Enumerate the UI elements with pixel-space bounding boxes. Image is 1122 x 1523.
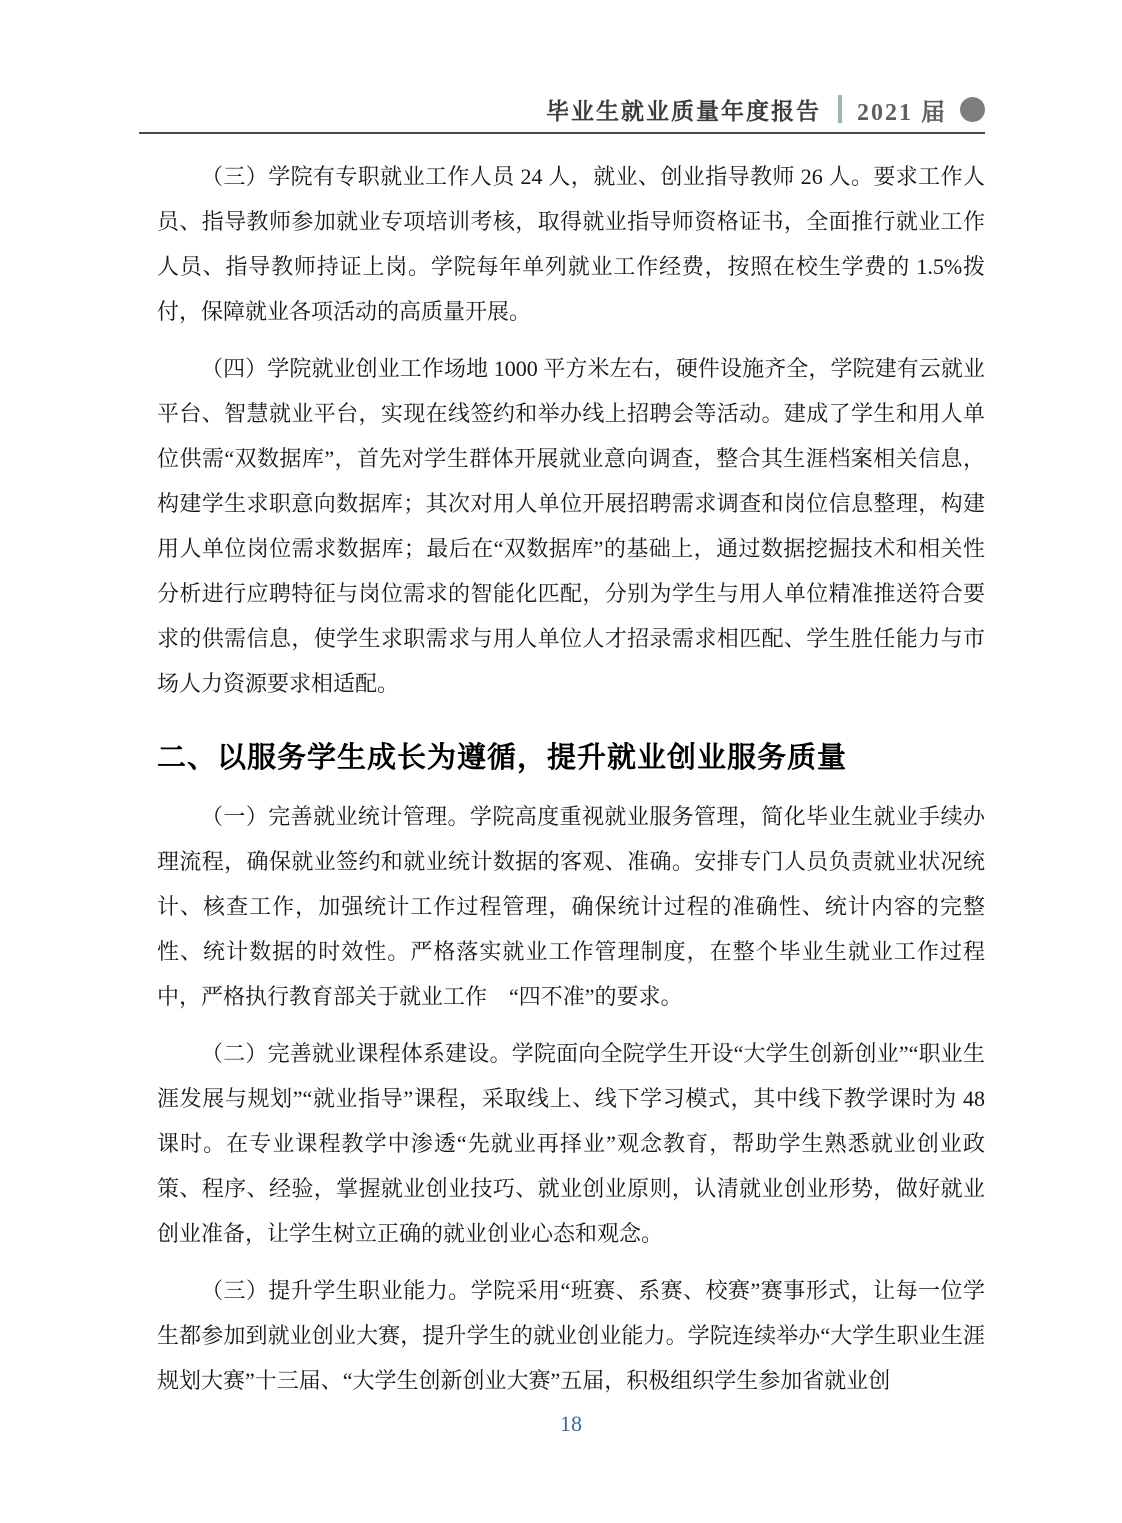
section-heading: 二、以服务学生成长为遵循，提升就业创业服务质量 [157, 736, 985, 780]
page-footer: 18 [157, 1411, 985, 1437]
header-title: 毕业生就业质量年度报告 [546, 93, 821, 126]
header-divider-bar [838, 95, 842, 123]
paragraph-item-2-1: （一）完善就业统计管理。学院高度重视就业服务管理，简化毕业生就业手续办理流程，确… [157, 794, 985, 1019]
page-header: 毕业生就业质量年度报告 2021 届 [0, 92, 985, 126]
page-number: 18 [560, 1411, 582, 1436]
paragraph-item-2-3: （三）提升学生职业能力。学院采用“班赛、系赛、校赛”赛事形式，让每一位学生都参加… [157, 1268, 985, 1403]
paragraph-item-3: （三）学院有专职就业工作人员 24 人，就业、创业指导教师 26 人。要求工作人… [157, 154, 985, 334]
document-page: 毕业生就业质量年度报告 2021 届 （三）学院有专职就业工作人员 24 人，就… [0, 0, 1122, 1523]
circle-icon [960, 97, 985, 122]
header-edition-label: 2021 届 [857, 92, 947, 127]
document-body: （三）学院有专职就业工作人员 24 人，就业、创业指导教师 26 人。要求工作人… [157, 142, 985, 1437]
paragraph-item-2-2: （二）完善就业课程体系建设。学院面向全院学生开设“大学生创新创业”“职业生涯发展… [157, 1031, 985, 1256]
header-rule [139, 132, 985, 134]
paragraph-item-4: （四）学院就业创业工作场地 1000 平方米左右，硬件设施齐全，学院建有云就业平… [157, 346, 985, 706]
